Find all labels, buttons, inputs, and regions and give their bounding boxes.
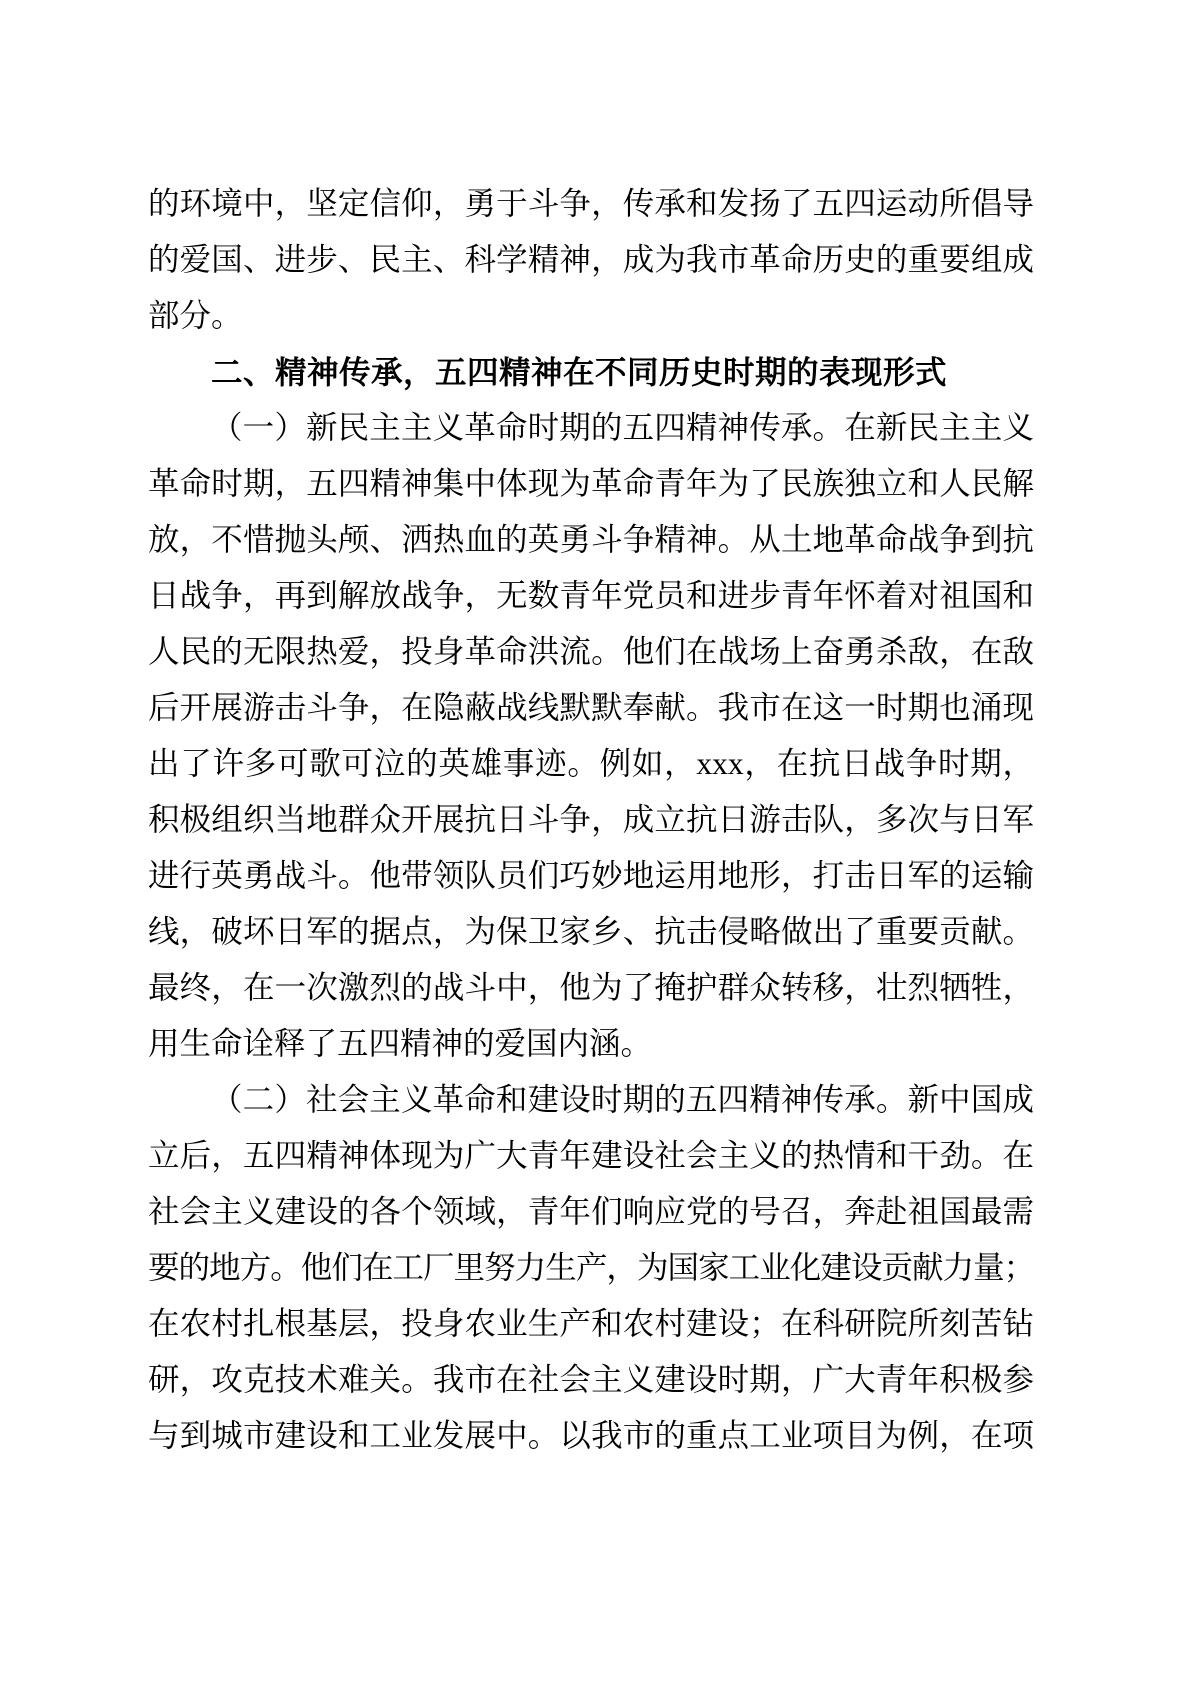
paragraph-line: 在农村扎根基层，投身农业生产和农村建设；在科研院所刻苦钻 — [148, 1296, 1034, 1352]
section-heading: 二、精神传承，五四精神在不同历史时期的表现形式 — [148, 344, 1034, 400]
paragraph-line: 放，不惜抛头颅、洒热血的英勇斗争精神。从土地革命战争到抗 — [148, 512, 1034, 568]
paragraph-line: 部分。 — [148, 288, 1034, 344]
paragraph-line: 积极组织当地群众开展抗日斗争，成立抗日游击队，多次与日军 — [148, 792, 1034, 848]
paragraph-line: 人民的无限热爱，投身革命洪流。他们在战场上奋勇杀敌，在敌 — [148, 624, 1034, 680]
paragraph-line: 出了许多可歌可泣的英雄事迹。例如，xxx，在抗日战争时期， — [148, 736, 1034, 792]
subsection-lead: （二）社会主义革命和建设时期的五四精神传承。 — [211, 1082, 908, 1117]
paragraph-line: 的环境中，坚定信仰，勇于斗争，传承和发扬了五四运动所倡导 — [148, 176, 1034, 232]
subsection-text: 在新民主主义 — [844, 410, 1034, 445]
paragraph-line: （一）新民主主义革命时期的五四精神传承。在新民主主义 — [148, 400, 1034, 456]
paragraph-line: （二）社会主义革命和建设时期的五四精神传承。新中国成 — [148, 1072, 1034, 1128]
paragraph-line: 最终，在一次激烈的战斗中，他为了掩护群众转移，壮烈牺牲， — [148, 960, 1034, 1016]
paragraph-line: 后开展游击斗争，在隐蔽战线默默奉献。我市在这一时期也涌现 — [148, 680, 1034, 736]
subsection-text: 新中国成 — [908, 1082, 1034, 1117]
paragraph-line: 研，攻克技术难关。我市在社会主义建设时期，广大青年积极参 — [148, 1352, 1034, 1408]
document-body: 的环境中，坚定信仰，勇于斗争，传承和发扬了五四运动所倡导 的爱国、进步、民主、科… — [148, 176, 1034, 1464]
subsection-lead: （一）新民主主义革命时期的五四精神传承。 — [211, 410, 844, 445]
paragraph-line: 要的地方。他们在工厂里努力生产，为国家工业化建设贡献力量； — [148, 1240, 1034, 1296]
paragraph-line: 立后，五四精神体现为广大青年建设社会主义的热情和干劲。在 — [148, 1128, 1034, 1184]
paragraph-line: 社会主义建设的各个领域，青年们响应党的号召，奔赴祖国最需 — [148, 1184, 1034, 1240]
paragraph-line: 用生命诠释了五四精神的爱国内涵。 — [148, 1016, 1034, 1072]
paragraph-line: 革命时期，五四精神集中体现为革命青年为了民族独立和人民解 — [148, 456, 1034, 512]
paragraph-line: 与到城市建设和工业发展中。以我市的重点工业项目为例，在项 — [148, 1408, 1034, 1464]
paragraph-line: 线，破坏日军的据点，为保卫家乡、抗击侵略做出了重要贡献。 — [148, 904, 1034, 960]
document-page: 的环境中，坚定信仰，勇于斗争，传承和发扬了五四运动所倡导 的爱国、进步、民主、科… — [0, 0, 1190, 1683]
paragraph-line: 日战争，再到解放战争，无数青年党员和进步青年怀着对祖国和 — [148, 568, 1034, 624]
paragraph-line: 进行英勇战斗。他带领队员们巧妙地运用地形，打击日军的运输 — [148, 848, 1034, 904]
paragraph-line: 的爱国、进步、民主、科学精神，成为我市革命历史的重要组成 — [148, 232, 1034, 288]
